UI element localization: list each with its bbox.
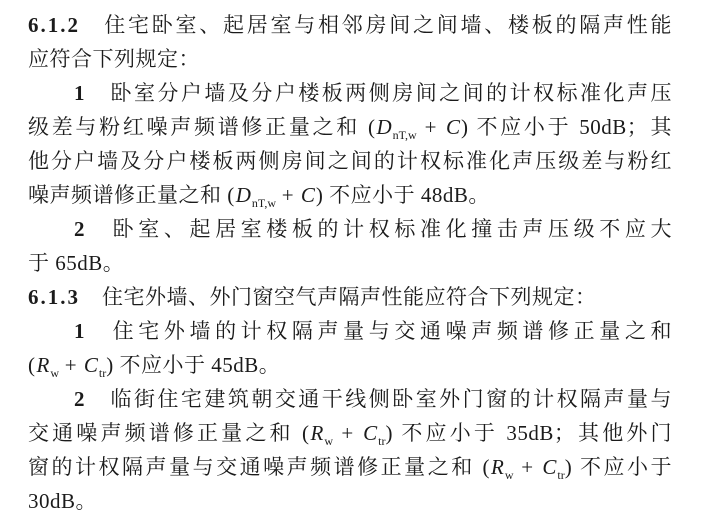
formula-variable: C (362, 421, 378, 445)
text-line: 他分户墙及分户楼板两侧房间之间的计权标准化声压级差与粉红 (28, 144, 672, 178)
formula-variable: C (541, 455, 557, 479)
text-run: 窗的计权隔声量与交通噪声频谱修正量之和 ( (28, 455, 490, 479)
text-run: + (276, 183, 300, 207)
text-line: 级差与粉红噪声频谱修正量之和 (DnT,w + C) 不应小于 50dB；其 (28, 110, 672, 144)
text-line: 窗的计权隔声量与交通噪声频谱修正量之和 (Rw + Ctr) 不应小于 (28, 450, 672, 484)
clause-number: 2 (74, 387, 87, 411)
clause-number: 2 (74, 217, 87, 241)
clause-number: 1 (74, 319, 87, 343)
formula-variable: C (300, 183, 316, 207)
formula-variable: R (490, 455, 505, 479)
formula-variable: C (445, 115, 461, 139)
text-line: 交通噪声频谱修正量之和 (Rw + Ctr) 不应小于 35dB；其他外门 (28, 416, 672, 450)
text-run: + (59, 353, 83, 377)
text-run: ) 不应小于 50dB；其 (461, 115, 672, 139)
text-run: ) 不应小于 (565, 455, 672, 479)
text-run: + (417, 115, 445, 139)
formula-variable: R (36, 353, 51, 377)
clause-number: 6.1.2 (28, 13, 80, 37)
clause-number: 1 (74, 81, 87, 105)
text-run: + (513, 455, 541, 479)
text-run: 于 65dB。 (28, 251, 124, 275)
document-page: 6.1.2住宅卧室、起居室与相邻房间之间墙、楼板的隔声性能应符合下列规定：1卧室… (0, 0, 701, 524)
formula-variable: D (235, 183, 252, 207)
formula-subscript: w (50, 366, 59, 380)
formula-subscript: w (324, 434, 333, 448)
text-run: 卧室、起居室楼板的计权标准化撞击声压级不应大 (109, 217, 673, 241)
clause-number: 6.1.3 (28, 285, 80, 309)
text-run: ) 不应小于 48dB。 (316, 183, 490, 207)
text-run: 应符合下列规定： (28, 47, 200, 71)
text-line: 噪声频谱修正量之和 (DnT,w + C) 不应小于 48dB。 (28, 178, 672, 212)
text-line: 6.1.3住宅外墙、外门窗空气声隔声性能应符合下列规定： (28, 280, 672, 314)
text-run: ) 不应小于 35dB；其他外门 (386, 421, 672, 445)
text-run: 卧室分户墙及分户楼板两侧房间之间的计权标准化声压 (109, 81, 673, 105)
formula-subscript: tr (378, 434, 385, 448)
text-run: 他分户墙及分户楼板两侧房间之间的计权标准化声压级差与粉红 (28, 149, 672, 173)
text-line: (Rw + Ctr) 不应小于 45dB。 (28, 348, 672, 382)
text-line: 6.1.2住宅卧室、起居室与相邻房间之间墙、楼板的隔声性能 (28, 8, 672, 42)
document-body: 6.1.2住宅卧室、起居室与相邻房间之间墙、楼板的隔声性能应符合下列规定：1卧室… (28, 8, 672, 518)
text-run: 临街住宅建筑朝交通干线侧卧室外门窗的计权隔声量与 (109, 387, 673, 411)
text-run: 住宅外墙的计权隔声量与交通噪声频谱修正量之和 (109, 319, 673, 343)
text-run: 住宅卧室、起居室与相邻房间之间墙、楼板的隔声性能 (102, 13, 672, 37)
text-run: 噪声频谱修正量之和 ( (28, 183, 235, 207)
text-line: 2临街住宅建筑朝交通干线侧卧室外门窗的计权隔声量与 (28, 382, 672, 416)
formula-subscript: nT,w (393, 128, 417, 142)
text-line: 应符合下列规定： (28, 42, 672, 76)
text-run: 交通噪声频谱修正量之和 ( (28, 421, 310, 445)
text-line: 2卧室、起居室楼板的计权标准化撞击声压级不应大 (28, 212, 672, 246)
text-run: 住宅外墙、外门窗空气声隔声性能应符合下列规定： (102, 285, 597, 309)
text-run: + (333, 421, 362, 445)
formula-variable: R (310, 421, 325, 445)
text-run: 级差与粉红噪声频谱修正量之和 ( (28, 115, 375, 139)
text-line: 1卧室分户墙及分户楼板两侧房间之间的计权标准化声压 (28, 76, 672, 110)
formula-variable: C (83, 353, 99, 377)
text-line: 1住宅外墙的计权隔声量与交通噪声频谱修正量之和 (28, 314, 672, 348)
text-line: 于 65dB。 (28, 246, 672, 280)
text-run: 30dB。 (28, 489, 97, 513)
text-run: ( (28, 353, 36, 377)
formula-subscript: tr (557, 468, 564, 482)
formula-variable: D (375, 115, 392, 139)
text-run: ) 不应小于 45dB。 (106, 353, 280, 377)
formula-subscript: nT,w (252, 196, 276, 210)
text-line: 30dB。 (28, 484, 672, 518)
